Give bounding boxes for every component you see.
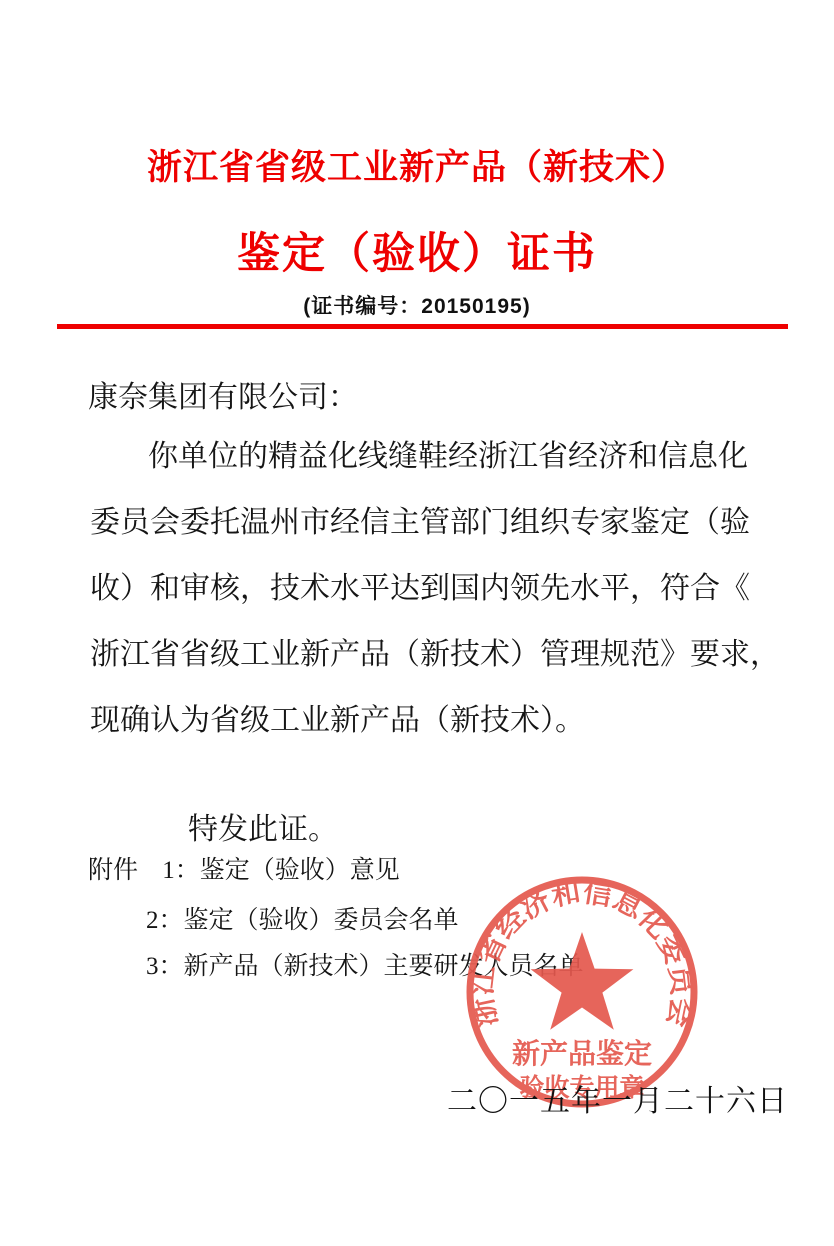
attachment-row-1: 附件 1：鉴定（验收）意见 <box>88 850 400 886</box>
attachments-label: 附件 <box>88 857 138 884</box>
certificate-body: 你单位的精益化线缝鞋经浙江省经济和信息化 委员会委托温州市经信主管部门组织专家鉴… <box>90 424 780 754</box>
body-line: 委员会委托温州市经信主管部门组织专家鉴定（验 <box>90 490 780 556</box>
certificate-title-line1: 浙江省省级工业新产品（新技术） <box>0 140 834 190</box>
body-line: 浙江省省级工业新产品（新技术）管理规范》要求， <box>90 622 780 688</box>
star-icon <box>531 932 634 1030</box>
certificate-number: (证书编号：20150195) <box>0 290 834 320</box>
closing-statement: 特发此证。 <box>188 804 338 848</box>
attachment-item: 1：鉴定（验收）意见 <box>162 857 400 884</box>
body-line: 你单位的精益化线缝鞋经浙江省经济和信息化 <box>90 424 780 490</box>
recipient-name: 康奈集团有限公司： <box>88 372 358 416</box>
seal-inner-line1: 新产品鉴定 <box>512 1037 652 1069</box>
red-divider-rule <box>57 324 788 329</box>
attachment-row-2: 2：鉴定（验收）委员会名单 <box>146 900 459 936</box>
body-line: 收）和审核，技术水平达到国内领先水平，符合《 <box>90 556 780 622</box>
issue-date: 二〇一五年一月二十六日 <box>447 1076 788 1120</box>
certificate-title-line2: 鉴定（验收）证书 <box>0 220 834 281</box>
certificate-page: 浙江省省级工业新产品（新技术） 鉴定（验收）证书 (证书编号：20150195)… <box>0 0 834 1246</box>
body-line: 现确认为省级工业新产品（新技术）。 <box>90 688 780 754</box>
attachment-item: 2：鉴定（验收）委员会名单 <box>146 907 459 934</box>
